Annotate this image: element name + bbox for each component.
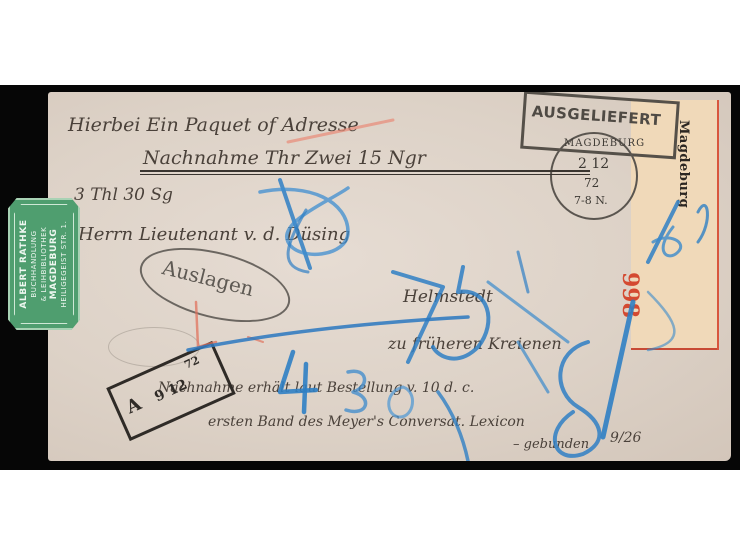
bookseller-name: ALBERT RATHKE [19,205,29,323]
envelope-cover: Magdeburg 998 AUSGELIEFERT MAGDEBURG 2 1… [48,92,731,461]
bookseller-address: HEILIGEGEIST STR. 1. [59,205,69,323]
bookseller-city: MAGDEBURG [49,205,59,323]
crayon-marks [48,92,731,461]
bookseller-line-3: & LEIHBIBLIOTHEK [39,205,49,323]
bookseller-label-text: ALBERT RATHKE BUCHHANDLUNG & LEIHBIBLIOT… [19,205,69,323]
bookseller-label: ALBERT RATHKE BUCHHANDLUNG & LEIHBIBLIOT… [8,198,80,330]
bookseller-line-2: BUCHHANDLUNG [29,205,39,323]
